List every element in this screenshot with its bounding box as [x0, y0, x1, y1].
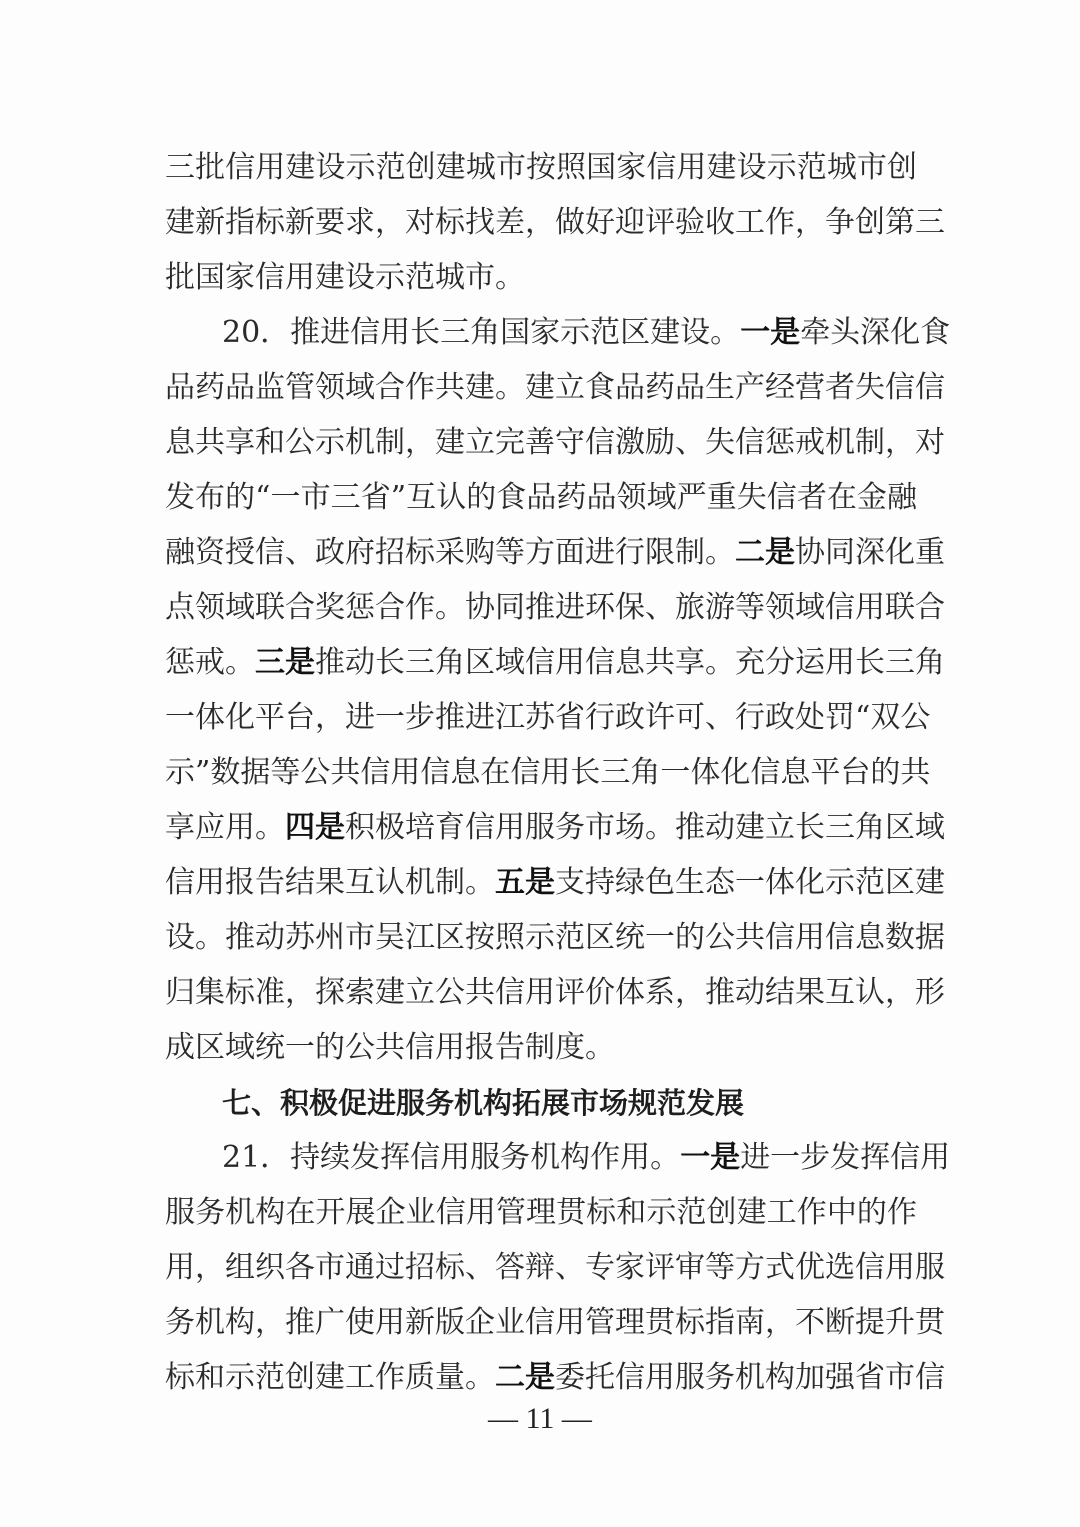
text-segment: 服务机构在开展企业信用管理贯标和示范创建工作中的作: [165, 1195, 917, 1230]
text-line: 品药品监管领域合作共建。建立食品药品生产经营者失信信: [165, 366, 917, 410]
text-segment: 一体化平台，进一步推进江苏省行政许可、行政处罚“双公: [165, 700, 930, 735]
text-line: 成区域统一的公共信用报告制度。: [165, 1026, 917, 1070]
text-line: 息共享和公示机制，建立完善守信激励、失信惩戒机制，对: [165, 421, 917, 465]
text-line: 惩戒。三是推动长三角区域信用信息共享。充分运用长三角: [165, 641, 917, 685]
text-line: 设。推动苏州市吴江区按照示范区统一的公共信用信息数据: [165, 916, 917, 960]
text-line: 20．推进信用长三角国家示范区建设。一是牵头深化食: [222, 311, 917, 355]
emphasis-label: 四是: [285, 810, 345, 845]
text-segment: 三批信用建设示范创建城市按照国家信用建设示范城市创: [165, 150, 917, 185]
text-segment: 牵头深化食: [800, 315, 950, 350]
text-segment: 成区域统一的公共信用报告制度。: [165, 1030, 615, 1065]
text-segment: 融资授信、政府招标采购等方面进行限制。: [165, 535, 735, 570]
text-segment: 协同深化重: [795, 535, 945, 570]
text-segment: 示”数据等公共信用信息在信用长三角一体化信息平台的共: [165, 755, 930, 790]
text-segment: 批国家信用建设示范城市。: [165, 260, 525, 295]
text-segment: 信用报告结果互认机制。: [165, 865, 495, 900]
text-line: 用，组织各市通过招标、答辩、专家评审等方式优选信用服: [165, 1246, 917, 1290]
text-line: 信用报告结果互认机制。五是支持绿色生态一体化示范区建: [165, 861, 917, 905]
text-segment: 务机构，推广使用新版企业信用管理贯标指南，不断提升贯: [165, 1305, 945, 1340]
text-segment: 发布的“一市三省”互认的食品药品领域严重失信者在金融: [165, 480, 917, 515]
text-line: 归集标准，探索建立公共信用评价体系，推动结果互认，形: [165, 971, 917, 1015]
text-segment: 惩戒。: [165, 645, 255, 680]
emphasis-label: 二是: [735, 535, 795, 570]
text-line: 21．持续发挥信用服务机构作用。一是进一步发挥信用: [222, 1136, 917, 1180]
text-segment: 进一步发挥信用: [740, 1140, 950, 1175]
emphasis-label: 一是: [680, 1140, 740, 1175]
emphasis-label: 二是: [495, 1360, 555, 1395]
text-segment: 设。推动苏州市吴江区按照示范区统一的公共信用信息数据: [165, 920, 945, 955]
emphasis-label: 五是: [495, 865, 555, 900]
text-segment: 归集标准，探索建立公共信用评价体系，推动结果互认，形: [165, 975, 945, 1010]
text-line: 标和示范创建工作质量。二是委托信用服务机构加强省市信: [165, 1356, 917, 1400]
text-segment: 20．推进信用长三角国家示范区建设。: [222, 315, 740, 350]
text-segment: 标和示范创建工作质量。: [165, 1360, 495, 1395]
text-segment: 委托信用服务机构加强省市信: [555, 1360, 945, 1395]
text-segment: 推动长三角区域信用信息共享。充分运用长三角: [315, 645, 945, 680]
text-line: 示”数据等公共信用信息在信用长三角一体化信息平台的共: [165, 751, 917, 795]
text-line: 点领域联合奖惩合作。协同推进环保、旅游等领域信用联合: [165, 586, 917, 630]
text-segment: 品药品监管领域合作共建。建立食品药品生产经营者失信信: [165, 370, 945, 405]
text-segment: 建新指标新要求，对标找差，做好迎评验收工作，争创第三: [165, 205, 945, 240]
document-page: 三批信用建设示范创建城市按照国家信用建设示范城市创建新指标新要求，对标找差，做好…: [0, 0, 1080, 1527]
text-line: 批国家信用建设示范城市。: [165, 256, 917, 300]
text-segment: 七、积极促进服务机构拓展市场规范发展: [222, 1086, 744, 1120]
text-line: 融资授信、政府招标采购等方面进行限制。二是协同深化重: [165, 531, 917, 575]
emphasis-label: 三是: [255, 645, 315, 680]
text-segment: 用，组织各市通过招标、答辩、专家评审等方式优选信用服: [165, 1250, 945, 1285]
text-line: 享应用。四是积极培育信用服务市场。推动建立长三角区域: [165, 806, 917, 850]
text-segment: 点领域联合奖惩合作。协同推进环保、旅游等领域信用联合: [165, 590, 945, 625]
section-heading: 七、积极促进服务机构拓展市场规范发展: [222, 1081, 762, 1125]
text-line: 发布的“一市三省”互认的食品药品领域严重失信者在金融: [165, 476, 917, 520]
text-line: 务机构，推广使用新版企业信用管理贯标指南，不断提升贯: [165, 1301, 917, 1345]
text-line: 一体化平台，进一步推进江苏省行政许可、行政处罚“双公: [165, 696, 917, 740]
text-line: 三批信用建设示范创建城市按照国家信用建设示范城市创: [165, 146, 917, 190]
text-segment: 息共享和公示机制，建立完善守信激励、失信惩戒机制，对: [165, 425, 945, 460]
text-segment: 支持绿色生态一体化示范区建: [555, 865, 945, 900]
page-number: — 11 —: [0, 1402, 1080, 1436]
text-segment: 21．持续发挥信用服务机构作用。: [222, 1140, 680, 1175]
text-segment: 享应用。: [165, 810, 285, 845]
text-line: 建新指标新要求，对标找差，做好迎评验收工作，争创第三: [165, 201, 917, 245]
emphasis-label: 一是: [740, 315, 800, 350]
text-line: 服务机构在开展企业信用管理贯标和示范创建工作中的作: [165, 1191, 917, 1235]
text-segment: 积极培育信用服务市场。推动建立长三角区域: [345, 810, 945, 845]
